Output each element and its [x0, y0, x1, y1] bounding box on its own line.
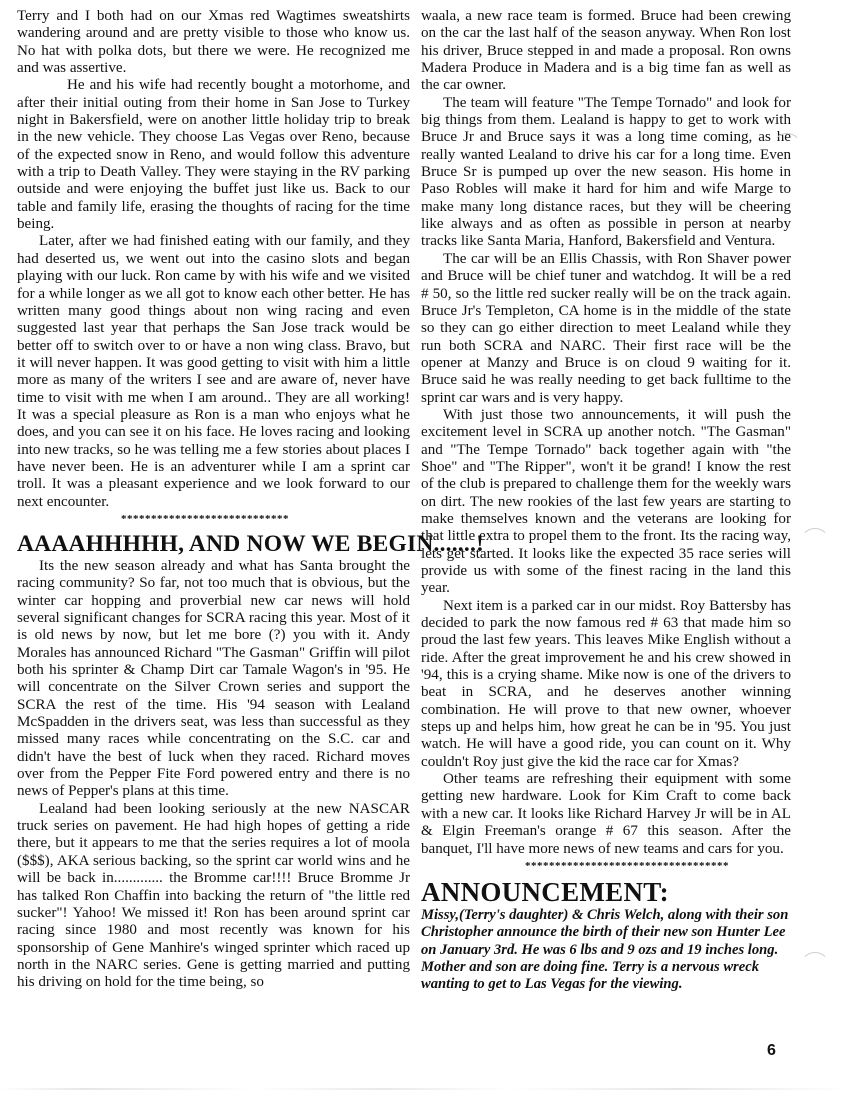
paragraph: The car will be an Ellis Chassis, with R… [421, 251, 791, 407]
hole-punch-mark [800, 528, 830, 558]
scan-edge [0, 1088, 850, 1090]
separator-stars: **************************** [17, 511, 410, 528]
paragraph: The team will feature "The Tempe Tornado… [421, 95, 791, 251]
hole-punch-mark [800, 952, 830, 982]
page-number: 6 [767, 1042, 776, 1060]
section-heading: AAAAHHHHH, AND NOW WE BEGIN.......! [17, 530, 410, 558]
announcement-body: Missy,(Terry's daughter) & Chris Welch, … [421, 907, 791, 994]
paragraph: Terry and I both had on our Xmas red Wag… [17, 8, 410, 77]
newsletter-page: Terry and I both had on our Xmas red Wag… [0, 0, 850, 1100]
hole-punch-mark [772, 133, 802, 163]
paragraph: Next item is a parked car in our midst. … [421, 598, 791, 771]
paragraph: waala, a new race team is formed. Bruce … [421, 8, 791, 95]
separator-stars: ********************************** [421, 858, 791, 875]
paragraph: Lealand had been looking seriously at th… [17, 801, 410, 992]
right-column: waala, a new race team is formed. Bruce … [421, 8, 791, 994]
paragraph: With just those two announcements, it wi… [421, 407, 791, 598]
paragraph: Later, after we had finished eating with… [17, 233, 410, 511]
paragraph: Other teams are refreshing their equipme… [421, 771, 791, 858]
paragraph: He and his wife had recently bought a mo… [17, 77, 410, 233]
left-column: Terry and I both had on our Xmas red Wag… [17, 8, 410, 992]
announcement-heading: ANNOUNCEMENT: [421, 877, 791, 907]
paragraph: Its the new season already and what has … [17, 558, 410, 801]
